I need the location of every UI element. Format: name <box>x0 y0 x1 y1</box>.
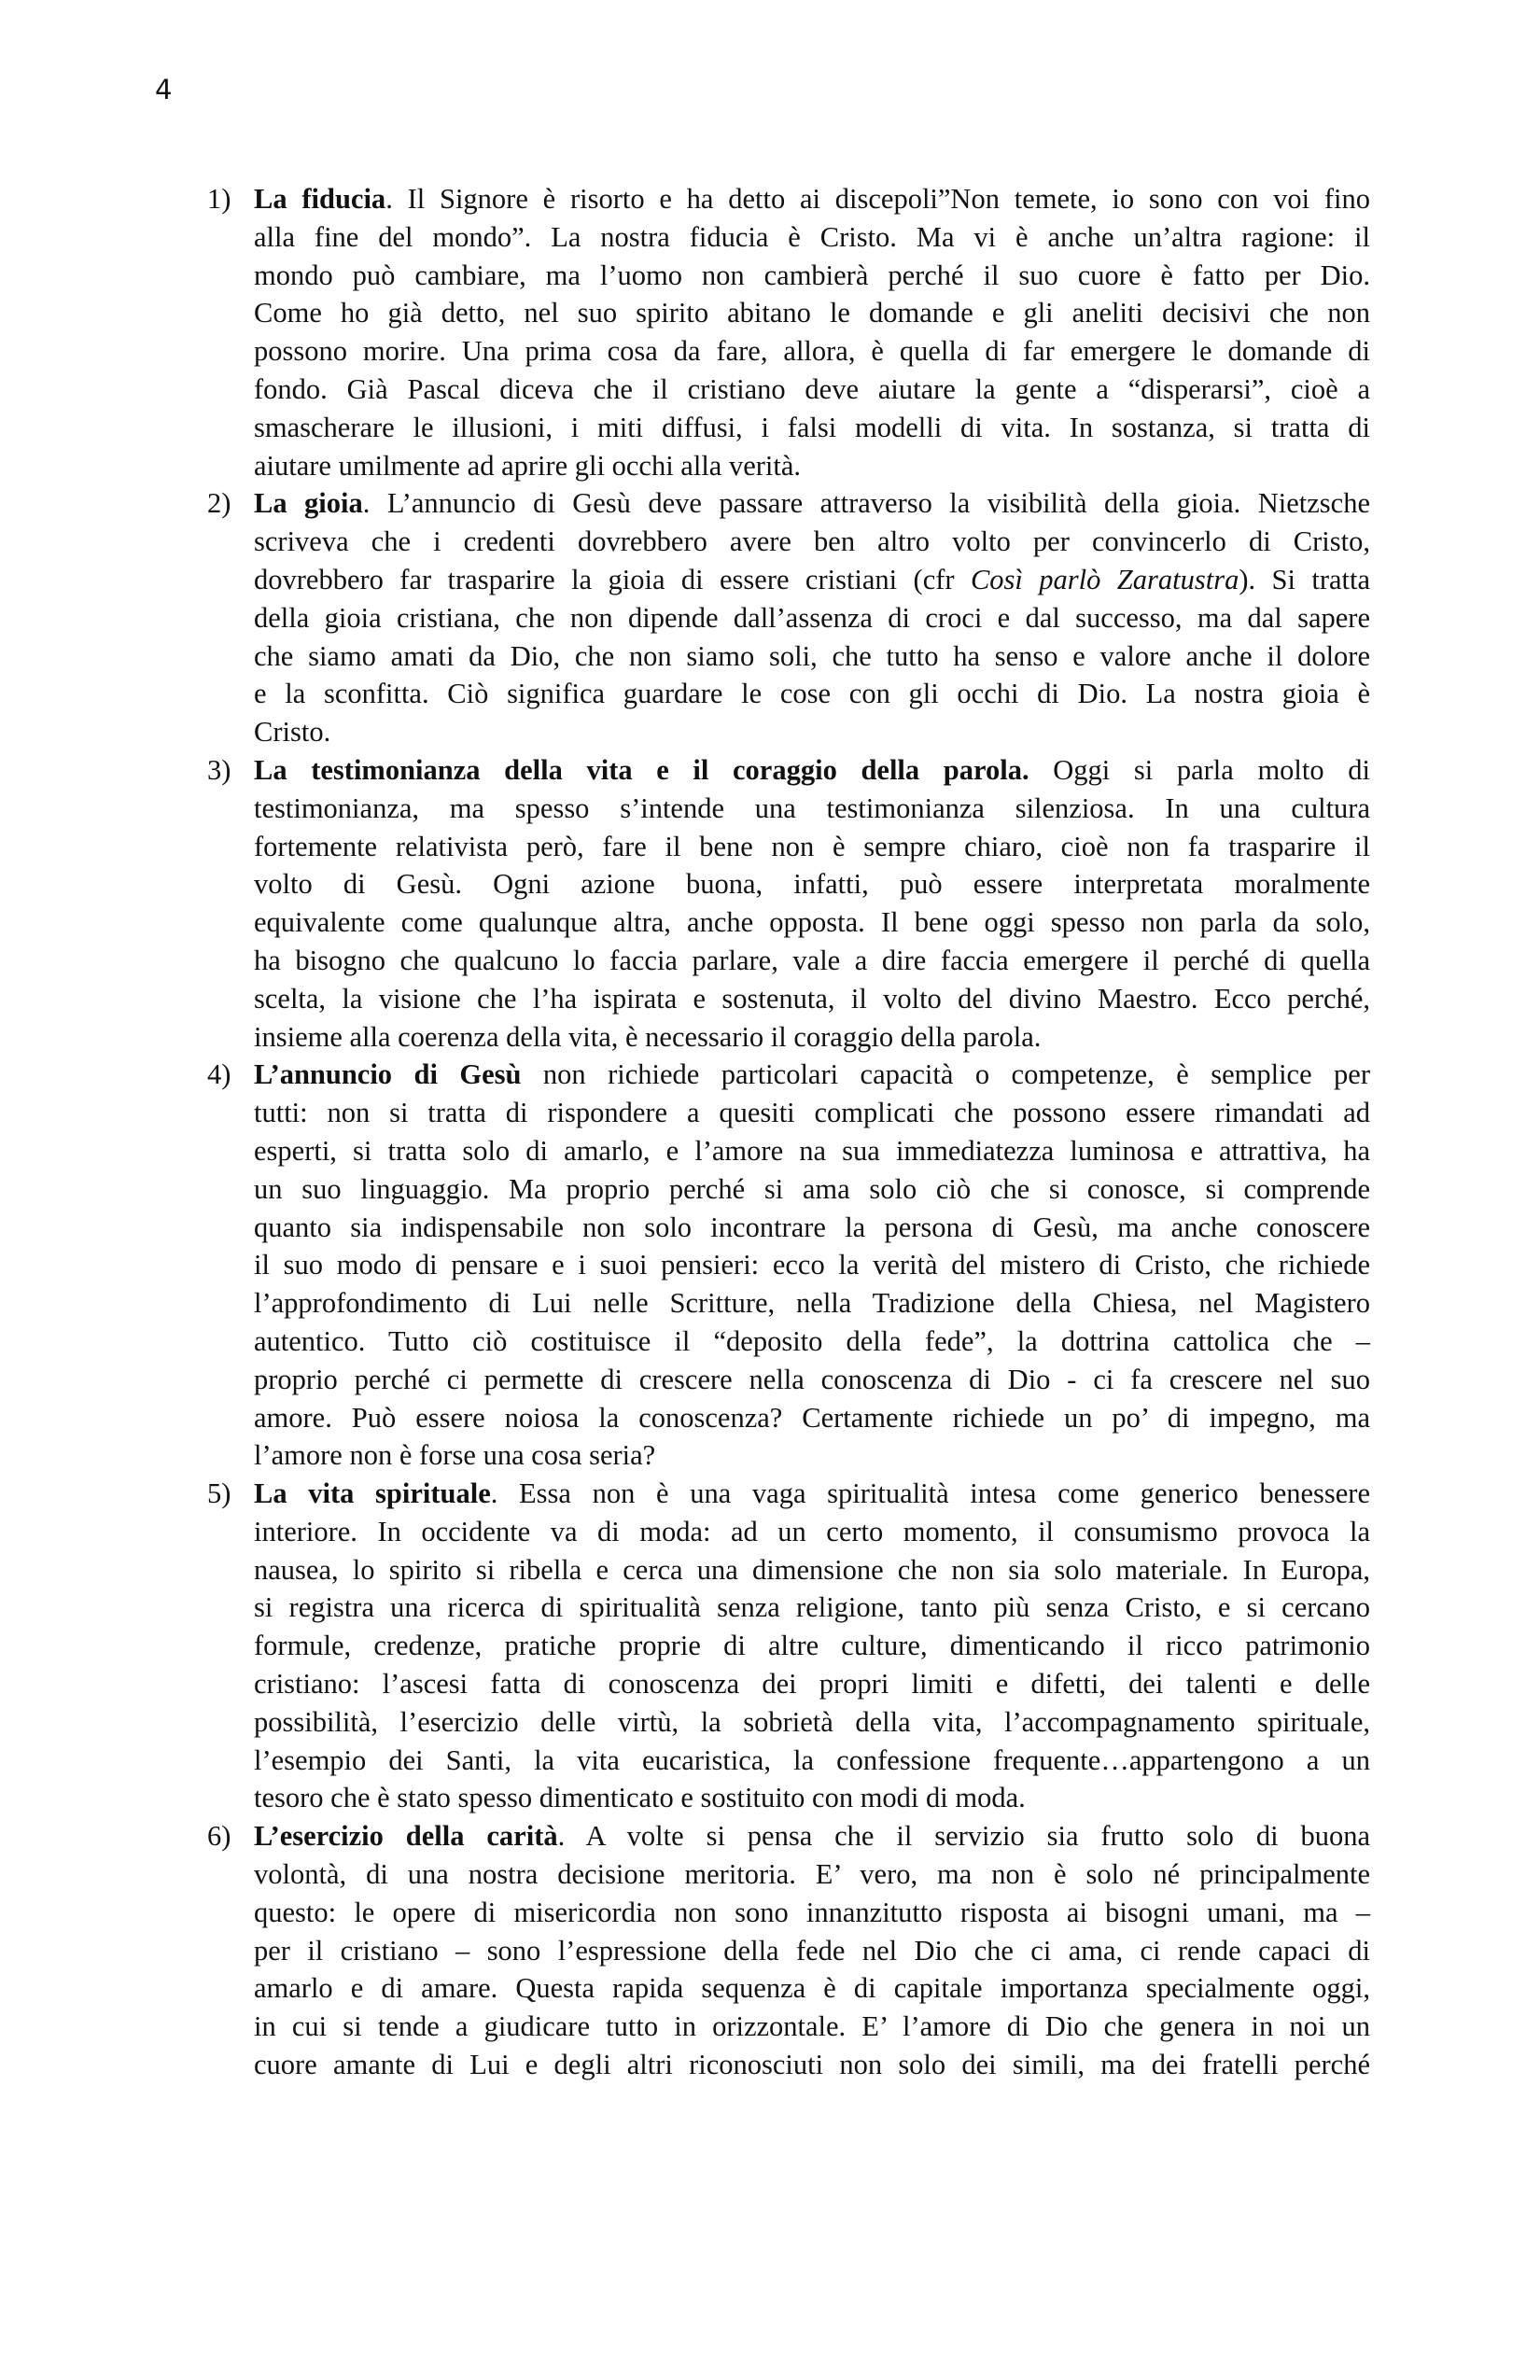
text-line: il suo modo di pensare e i suoi pensieri… <box>254 1246 1370 1284</box>
body-text: . Il Signore è risorto e ha detto ai dis… <box>385 183 1370 215</box>
text-line: della gioia cristiana, che non dipende d… <box>254 599 1370 637</box>
body-text: e la sconfitta. Ciò significa guardare l… <box>254 678 1370 709</box>
item-title: La fiducia <box>254 183 385 215</box>
text-line: nausea, lo spirito si ribella e cerca un… <box>254 1551 1370 1589</box>
text-line: per il cristiano – sono l’espressione de… <box>254 1932 1370 1970</box>
text-line: cuore amante di Lui e degli altri ricono… <box>254 2046 1370 2084</box>
item-number: 1) <box>207 180 231 218</box>
text-line: cristiano: l’ascesi fatta di conoscenza … <box>254 1665 1370 1703</box>
text-line: mondo può cambiare, ma l’uomo non cambie… <box>254 257 1370 295</box>
text-line: aiutare umilmente ad aprire gli occhi al… <box>254 447 1370 485</box>
text-line: tutti: non si tratta di rispondere a que… <box>254 1094 1370 1132</box>
list-item: 1)La fiducia. Il Signore è risorto e ha … <box>207 180 1372 484</box>
text-line: volontà, di una nostra decisione meritor… <box>254 1855 1370 1894</box>
body-text: possibilità, l’esercizio delle virtù, la… <box>254 1706 1370 1738</box>
text-line: equivalente come qualunque altra, anche … <box>254 903 1370 942</box>
text-line: l’esempio dei Santi, la vita eucaristica… <box>254 1742 1370 1780</box>
item-number: 6) <box>207 1817 231 1855</box>
item-number: 3) <box>207 751 231 790</box>
list-item: 4)L’annuncio di Gesù non richiede partic… <box>207 1056 1372 1475</box>
text-line: esperti, si tratta solo di amarlo, e l’a… <box>254 1132 1370 1170</box>
text-line: questo: le opere di misericordia non son… <box>254 1894 1370 1932</box>
body-text: autentico. Tutto ciò costituisce il “dep… <box>254 1325 1370 1357</box>
body-text: . Essa non è una vaga spiritualità intes… <box>491 1477 1370 1509</box>
body-text: equivalente come qualunque altra, anche … <box>254 906 1370 938</box>
text-line: L’annuncio di Gesù non richiede particol… <box>254 1056 1370 1094</box>
body-text: . L’annuncio di Gesù deve passare attrav… <box>363 487 1370 519</box>
text-line: l’amore non è forse una cosa seria? <box>254 1436 1370 1475</box>
text-line: fortemente relativista però, fare il ben… <box>254 828 1370 866</box>
item-number: 4) <box>207 1056 231 1094</box>
item-title: L’annuncio di Gesù <box>254 1058 521 1090</box>
text-line: tesoro che è stato spesso dimenticato e … <box>254 1779 1370 1817</box>
body-text: l’approfondimento di Lui nelle Scritture… <box>254 1287 1370 1319</box>
text-line: La vita spirituale. Essa non è una vaga … <box>254 1475 1370 1513</box>
body-text: . A volte si pensa che il servizio sia f… <box>558 1820 1370 1852</box>
text-line: ha bisogno che qualcuno lo faccia parlar… <box>254 942 1370 980</box>
text-line: scriveva che i credenti dovrebbero avere… <box>254 523 1370 561</box>
body-text: proprio perché ci permette di crescere n… <box>254 1364 1370 1395</box>
body-text: quanto sia indispensabile non solo incon… <box>254 1211 1370 1243</box>
body-text: l’esempio dei Santi, la vita eucaristica… <box>254 1744 1370 1776</box>
text-line: La testimonianza della vita e il coraggi… <box>254 751 1370 790</box>
body-text: mondo può cambiare, ma l’uomo non cambie… <box>254 259 1370 291</box>
body-text: che siamo amati da Dio, che non siamo so… <box>254 640 1370 672</box>
item-number: 2) <box>207 484 231 523</box>
body-text: possono morire. Una prima cosa da fare, … <box>254 335 1370 367</box>
body-text: insieme alla coerenza della vita, è nece… <box>254 1021 1041 1053</box>
text-line: Come ho già detto, nel suo spirito abita… <box>254 294 1370 332</box>
body-text: Cristo. <box>254 716 330 748</box>
item-title: La gioia <box>254 487 363 519</box>
body-text: non richiede particolari capacità o comp… <box>521 1058 1370 1090</box>
text-line: proprio perché ci permette di crescere n… <box>254 1361 1370 1399</box>
item-number: 5) <box>207 1475 231 1513</box>
text-line: La gioia. L’annuncio di Gesù deve passar… <box>254 484 1370 523</box>
body-text: questo: le opere di misericordia non son… <box>254 1897 1370 1928</box>
body-text: tesoro che è stato spesso dimenticato e … <box>254 1782 1026 1813</box>
body-text: fortemente relativista però, fare il ben… <box>254 831 1370 862</box>
text-line: scelta, la visione che l’ha ispirata e s… <box>254 980 1370 1018</box>
body-text: scriveva che i credenti dovrebbero avere… <box>254 525 1370 557</box>
body-text: volto di Gesù. Ogni azione buona, infatt… <box>254 868 1370 900</box>
text-line: e la sconfitta. Ciò significa guardare l… <box>254 675 1370 713</box>
body-text: testimonianza, ma spesso s’intende una t… <box>254 792 1370 824</box>
item-title: La testimonianza della vita e il coraggi… <box>254 754 1029 786</box>
body-text: interiore. In occidente va di moda: ad u… <box>254 1516 1370 1547</box>
text-line: fondo. Già Pascal diceva che il cristian… <box>254 371 1370 409</box>
body-text: Oggi si parla molto di <box>1029 754 1370 786</box>
body-text: Come ho già detto, nel suo spirito abita… <box>254 297 1370 329</box>
text-line: amore. Può essere noiosa la conoscenza? … <box>254 1399 1370 1437</box>
text-line: Cristo. <box>254 713 1370 751</box>
text-line: che siamo amati da Dio, che non siamo so… <box>254 637 1370 676</box>
text-line: dovrebbero far trasparire la gioia di es… <box>254 561 1370 599</box>
body-text: si registra una ricerca di spiritualità … <box>254 1591 1370 1623</box>
body-text: cristiano: l’ascesi fatta di conoscenza … <box>254 1668 1370 1700</box>
text-line: un suo linguaggio. Ma proprio perché si … <box>254 1170 1370 1209</box>
list-item: 3)La testimonianza della vita e il corag… <box>207 751 1372 1056</box>
text-line: smascherare le illusioni, i miti diffusi… <box>254 409 1370 447</box>
body-text: ). Si tratta <box>1239 564 1370 595</box>
text-line: l’approfondimento di Lui nelle Scritture… <box>254 1284 1370 1323</box>
body-text: ha bisogno che qualcuno lo faccia parlar… <box>254 945 1370 976</box>
text-line: in cui si tende a giudicare tutto in ori… <box>254 2008 1370 2046</box>
text-line: autentico. Tutto ciò costituisce il “dep… <box>254 1323 1370 1361</box>
body-text: smascherare le illusioni, i miti diffusi… <box>254 412 1370 443</box>
body-text: della gioia cristiana, che non dipende d… <box>254 602 1370 634</box>
page-number: 4 <box>155 75 172 105</box>
item-title: La vita spirituale <box>254 1477 491 1509</box>
body-text: per il cristiano – sono l’espressione de… <box>254 1935 1370 1967</box>
text-line: volto di Gesù. Ogni azione buona, infatt… <box>254 865 1370 903</box>
list-item: 5)La vita spirituale. Essa non è una vag… <box>207 1475 1372 1817</box>
text-line: si registra una ricerca di spiritualità … <box>254 1589 1370 1627</box>
text-line: La fiducia. Il Signore è risorto e ha de… <box>254 180 1370 218</box>
text-line: alla fine del mondo”. La nostra fiducia … <box>254 218 1370 257</box>
list-item: 2)La gioia. L’annuncio di Gesù deve pass… <box>207 484 1372 751</box>
body-text: il suo modo di pensare e i suoi pensieri… <box>254 1249 1370 1281</box>
body-text: tutti: non si tratta di rispondere a que… <box>254 1097 1370 1128</box>
item-title: L’esercizio della carità <box>254 1820 558 1852</box>
body-text: nausea, lo spirito si ribella e cerca un… <box>254 1554 1370 1586</box>
body-text: volontà, di una nostra decisione meritor… <box>254 1858 1370 1890</box>
body-text: amore. Può essere noiosa la conoscenza? … <box>254 1402 1370 1434</box>
body-text: formule, credenze, pratiche proprie di a… <box>254 1630 1370 1661</box>
numbered-list: 1)La fiducia. Il Signore è risorto e ha … <box>207 180 1372 2084</box>
text-line: formule, credenze, pratiche proprie di a… <box>254 1627 1370 1665</box>
list-item: 6)L’esercizio della carità. A volte si p… <box>207 1817 1372 2084</box>
body-text: fondo. Già Pascal diceva che il cristian… <box>254 373 1370 405</box>
text-line: L’esercizio della carità. A volte si pen… <box>254 1817 1370 1855</box>
text-line: insieme alla coerenza della vita, è nece… <box>254 1018 1370 1057</box>
body-text: amarlo e di amare. Questa rapida sequenz… <box>254 1972 1370 2004</box>
body-text: alla fine del mondo”. La nostra fiducia … <box>254 221 1370 253</box>
body-text: dovrebbero far trasparire la gioia di es… <box>254 564 971 595</box>
italic-title: Così parlò Zaratustra <box>971 564 1239 595</box>
text-line: possibilità, l’esercizio delle virtù, la… <box>254 1703 1370 1742</box>
body-text: l’amore non è forse una cosa seria? <box>254 1439 655 1471</box>
body-text: scelta, la visione che l’ha ispirata e s… <box>254 983 1370 1015</box>
body-text: un suo linguaggio. Ma proprio perché si … <box>254 1173 1370 1205</box>
text-line: amarlo e di amare. Questa rapida sequenz… <box>254 1969 1370 2008</box>
body-text: cuore amante di Lui e degli altri ricono… <box>254 2049 1370 2080</box>
body-text: in cui si tende a giudicare tutto in ori… <box>254 2010 1370 2042</box>
text-line: quanto sia indispensabile non solo incon… <box>254 1209 1370 1247</box>
body-text: esperti, si tratta solo di amarlo, e l’a… <box>254 1135 1370 1167</box>
text-line: testimonianza, ma spesso s’intende una t… <box>254 790 1370 828</box>
text-line: interiore. In occidente va di moda: ad u… <box>254 1513 1370 1551</box>
text-line: possono morire. Una prima cosa da fare, … <box>254 332 1370 371</box>
body-text: aiutare umilmente ad aprire gli occhi al… <box>254 450 801 482</box>
